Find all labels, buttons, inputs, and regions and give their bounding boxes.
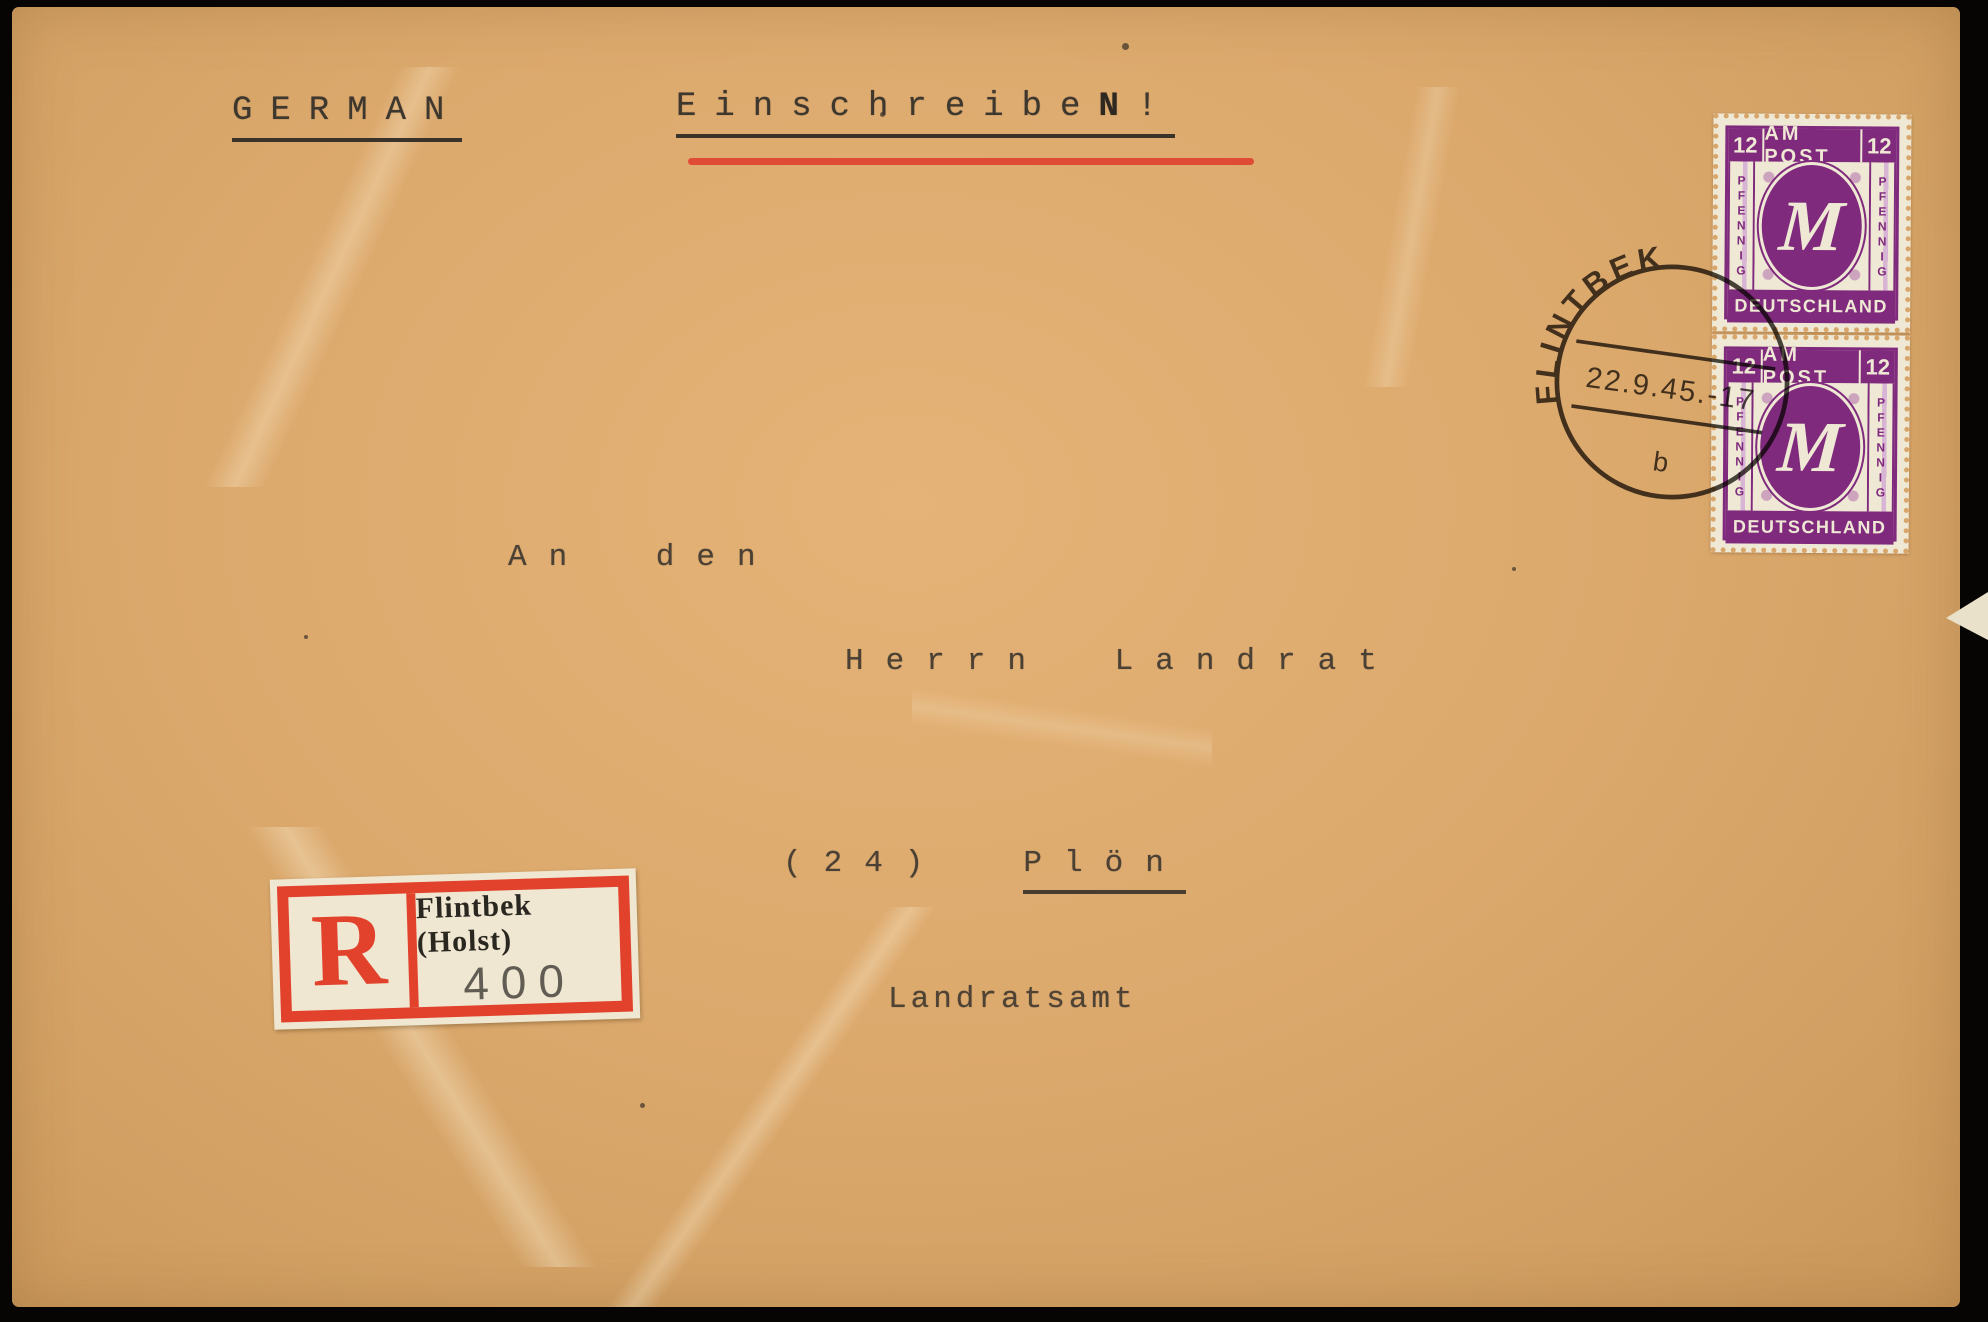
- stamp-monogram-m: M: [1777, 190, 1847, 262]
- registration-label: R Flintbek (Holst) 400: [270, 868, 641, 1029]
- stamp-top-row: 12 AM POST 12: [1728, 128, 1896, 162]
- postmark-date: 22.9.45.-17: [1584, 361, 1758, 418]
- address-line-herrn-landrat: Herrn Landrat: [845, 644, 1399, 679]
- postmark-bridge: 22.9.45.-17 b: [1559, 341, 1775, 491]
- registration-number: 400: [462, 957, 576, 1007]
- registered-headline: EinschreibeN!: [676, 88, 1175, 138]
- address-line-city: (24)Plön: [783, 846, 1186, 881]
- registration-letter-cell: R: [288, 894, 410, 1012]
- ink-speck: [304, 635, 308, 639]
- origin-label: GERMAN: [232, 92, 462, 142]
- red-underline-mark: [688, 158, 1254, 165]
- stamp-value-right: 12: [1859, 350, 1895, 383]
- scan-edge-sliver: [1946, 592, 1988, 640]
- registered-exclamation: !: [1137, 88, 1175, 126]
- stamp-side-pfennig-right: PFENNIG: [1868, 162, 1896, 290]
- stamp-value-right: 12: [1860, 129, 1896, 162]
- registration-office-cell: Flintbek (Holst) 400: [415, 887, 621, 1007]
- stamp-value-left: 12: [1728, 128, 1764, 161]
- address-line-an-den: An den: [508, 540, 778, 575]
- registration-office-name: Flintbek (Holst): [415, 886, 620, 960]
- ink-speck: [640, 1103, 645, 1108]
- postal-code: (24): [783, 846, 945, 881]
- registration-letter-r: R: [310, 897, 388, 1003]
- ink-speck: [1512, 567, 1516, 571]
- registered-overstrike-letter: N: [1098, 88, 1136, 126]
- stamp-side-pfennig-right: PFENNIG: [1867, 383, 1895, 511]
- city-name: Plön: [1023, 846, 1185, 894]
- postmark-index-letter: b: [1651, 445, 1670, 478]
- registration-label-frame: R Flintbek (Holst) 400: [277, 876, 633, 1023]
- address-line-landratsamt: Landratsamt: [888, 982, 1137, 1017]
- postmark-cancellation: FLINTBEK 22.9.45.-17 b: [1523, 233, 1822, 532]
- ink-speck: [1122, 43, 1129, 50]
- registered-word: Einschreibe: [676, 88, 1098, 126]
- stamp-inscription-am-post: AM POST: [1764, 129, 1860, 163]
- paper-crease: [912, 427, 1212, 1027]
